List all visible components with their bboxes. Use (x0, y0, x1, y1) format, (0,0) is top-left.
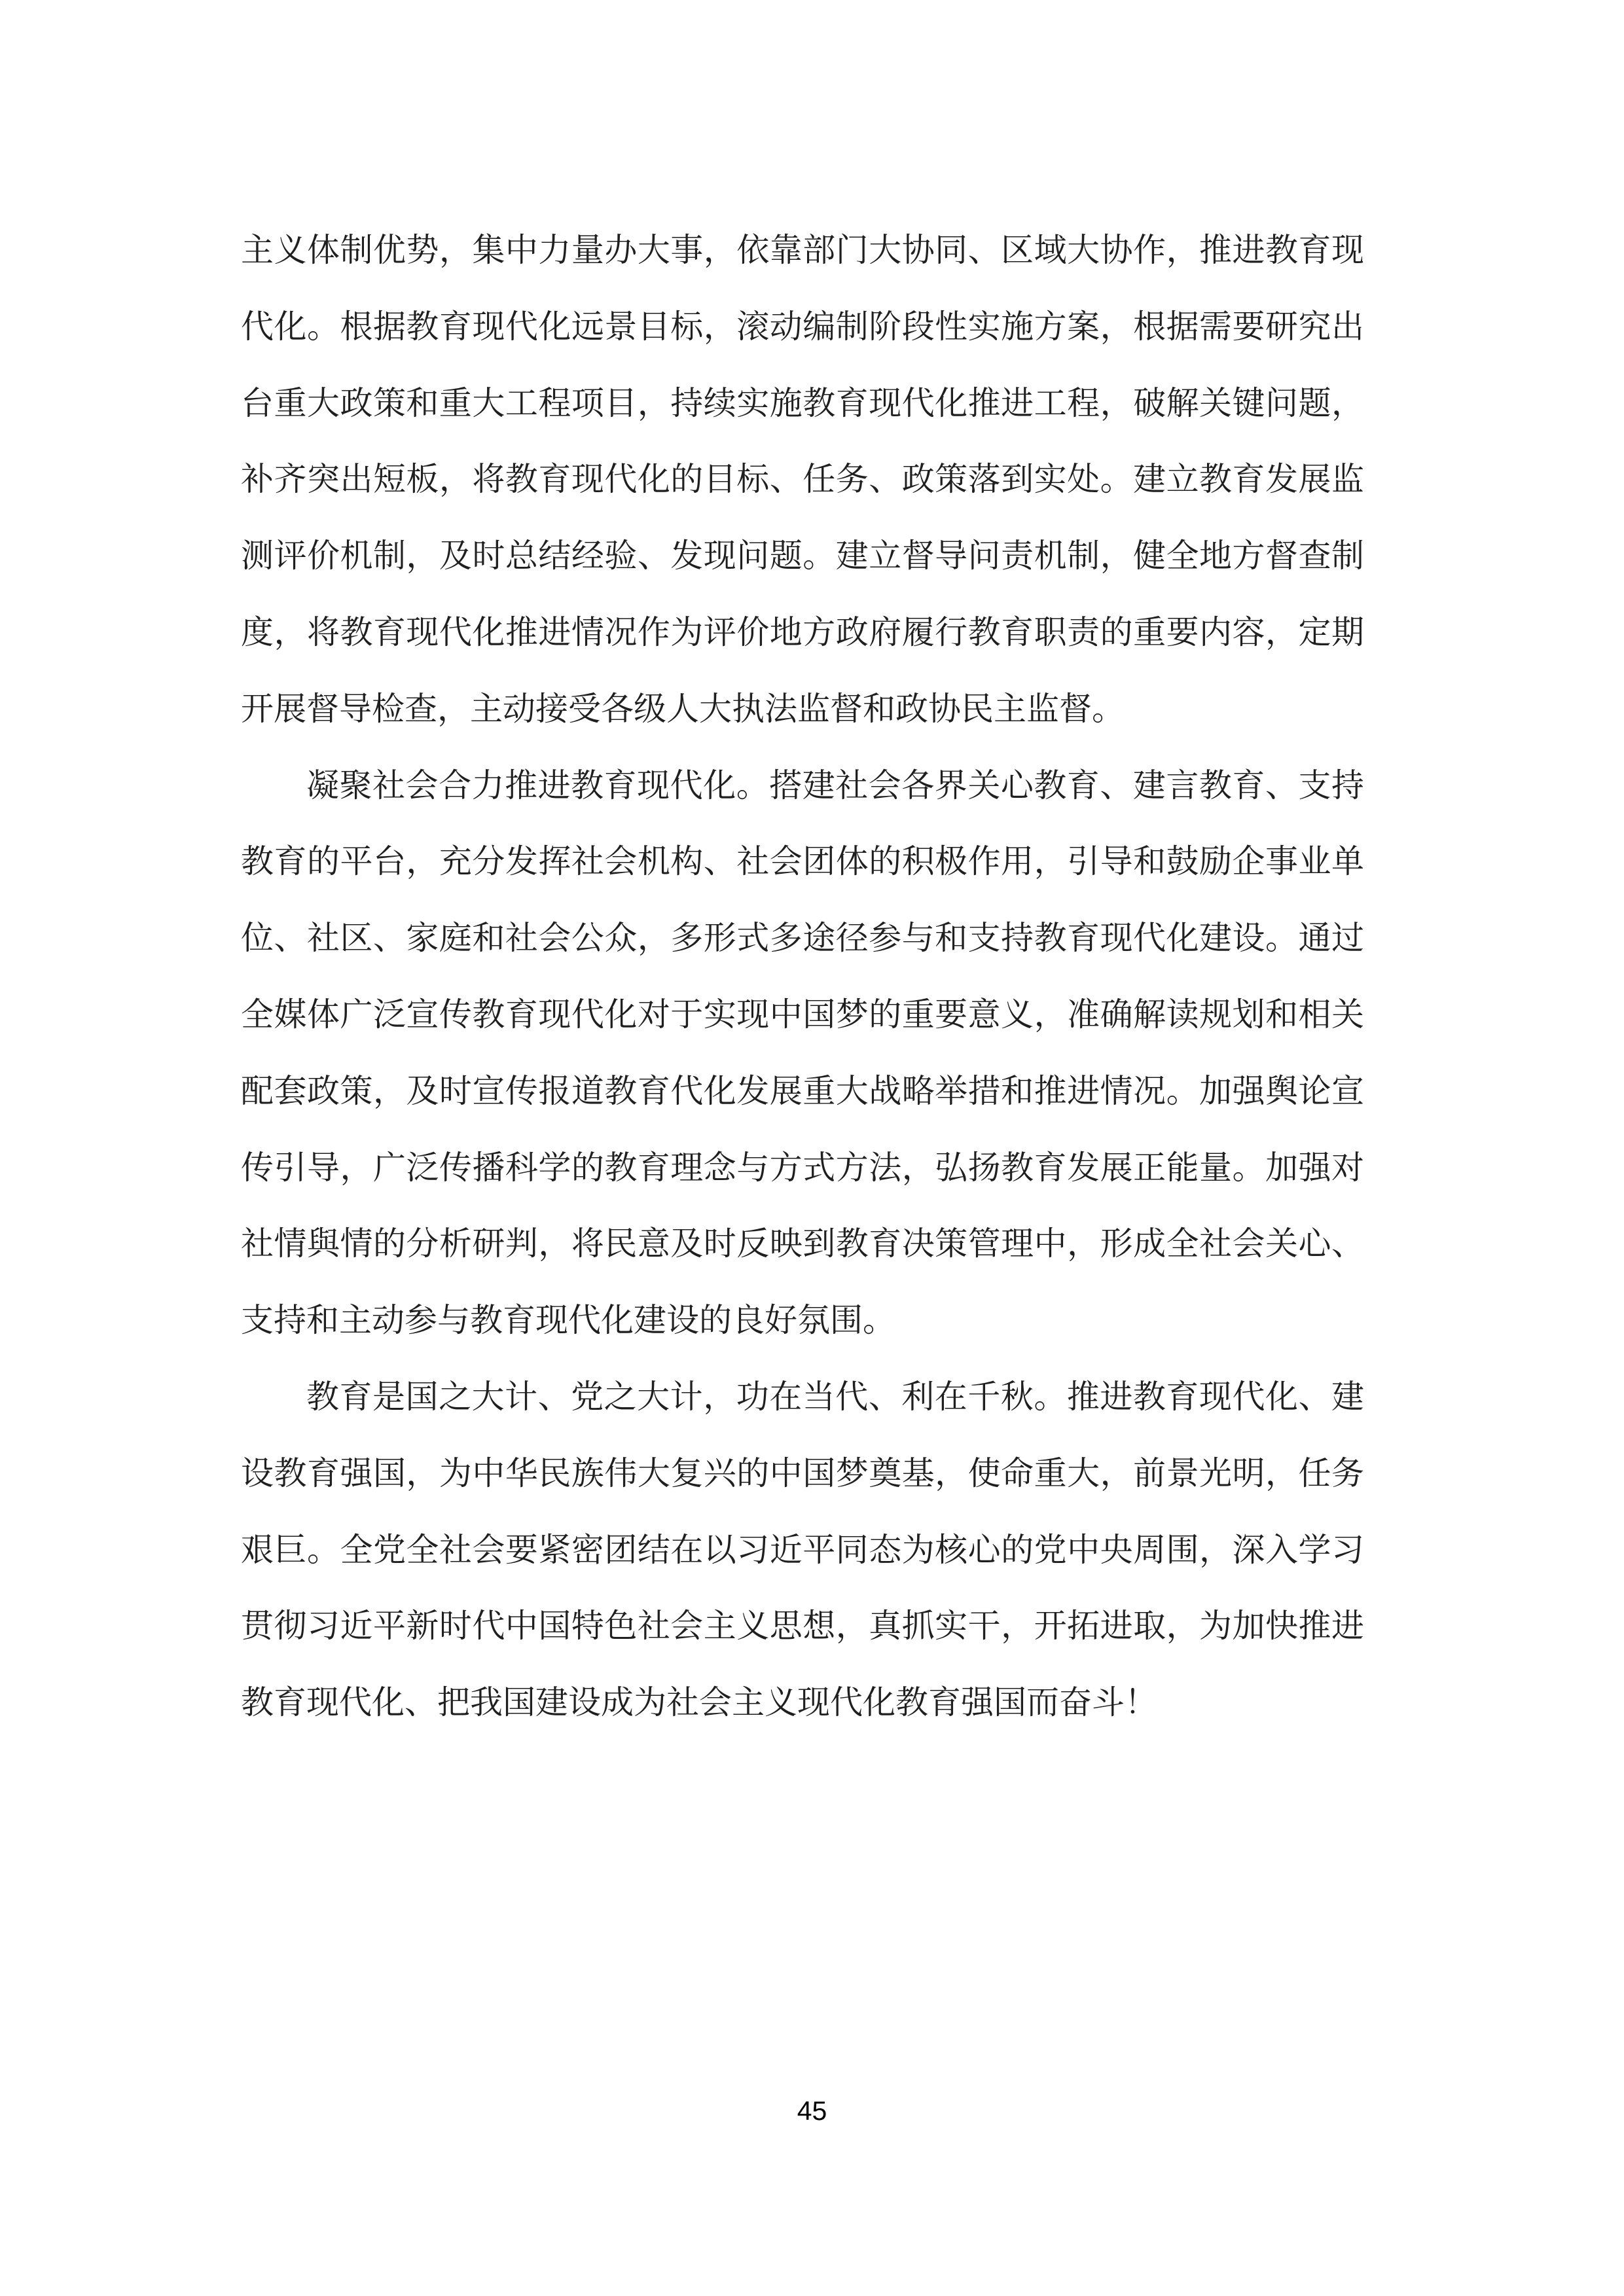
text-line: 教育的平台，充分发挥社会机构、社会团体的积极作用，引导和鼓励企事业单 (241, 823, 1364, 900)
text-line: 社情與情的分析研判，将民意及时反映到教育决策管理中，形成全社会关心、 (241, 1206, 1364, 1282)
paragraph: 主义体制优势，集中力量办大事，依靠部门大协同、区域大协作，推进教育现代化。根据教… (241, 212, 1364, 747)
document-page: 主义体制优势，集中力量办大事，依靠部门大协同、区域大协作，推进教育现代化。根据教… (0, 0, 1624, 2296)
text-line: 度，将教育现代化推进情况作为评价地方政府履行教育职责的重要内容，定期 (241, 594, 1364, 671)
text-line: 补齐突出短板，将教育现代化的目标、任务、政策落到实处。建立教育发展监 (241, 441, 1364, 518)
page-footer: 45 (0, 2096, 1624, 2126)
page-number: 45 (797, 2096, 827, 2126)
text-line: 贯彻习近平新时代中国特色社会主义思想，真抓实干，开拓进取，为加快推进 (241, 1588, 1364, 1664)
text-line: 教育是国之大计、党之大计，功在当代、利在千秋。推进教育现代化、建 (241, 1359, 1364, 1435)
text-line: 教育现代化、把我国建设成为社会主义现代化教育强国而奋斗！ (241, 1664, 1364, 1741)
text-line: 主义体制优势，集中力量办大事，依靠部门大协同、区域大协作，推进教育现 (241, 212, 1364, 289)
text-line: 艰巨。全党全社会要紧密团结在以习近平同态为核心的党中央周围，深入学习 (241, 1512, 1364, 1588)
paragraph: 教育是国之大计、党之大计，功在当代、利在千秋。推进教育现代化、建设教育强国，为中… (241, 1359, 1364, 1741)
text-line: 开展督导检查，主动接受各级人大执法监督和政协民主监督。 (241, 671, 1364, 747)
text-line: 位、社区、家庭和社会公众，多形式多途径参与和支持教育现代化建设。通过 (241, 900, 1364, 977)
text-line: 全媒体广泛宣传教育现代化对于实现中国梦的重要意义，准确解读规划和相关 (241, 977, 1364, 1053)
text-line: 代化。根据教育现代化远景目标，滚动编制阶段性实施方案，根据需要研究出 (241, 289, 1364, 365)
text-line: 台重大政策和重大工程项目，持续实施教育现代化推进工程，破解关键问题， (241, 365, 1364, 442)
document-body: 主义体制优势，集中力量办大事，依靠部门大协同、区域大协作，推进教育现代化。根据教… (241, 212, 1364, 1741)
text-line: 测评价机制，及时总结经验、发现问题。建立督导问责机制，健全地方督查制 (241, 518, 1364, 594)
text-line: 设教育强国，为中华民族伟大复兴的中国梦奠基，使命重大，前景光明，任务 (241, 1435, 1364, 1512)
text-line: 凝聚社会合力推进教育现代化。搭建社会各界关心教育、建言教育、支持 (241, 747, 1364, 824)
text-line: 配套政策，及时宣传报道教育代化发展重大战略举措和推进情况。加强舆论宣 (241, 1053, 1364, 1130)
text-line: 支持和主动参与教育现代化建设的良好氛围。 (241, 1282, 1364, 1359)
text-line: 传引导，广泛传播科学的教育理念与方式方法，弘扬教育发展正能量。加强对 (241, 1130, 1364, 1206)
paragraph: 凝聚社会合力推进教育现代化。搭建社会各界关心教育、建言教育、支持教育的平台，充分… (241, 747, 1364, 1359)
